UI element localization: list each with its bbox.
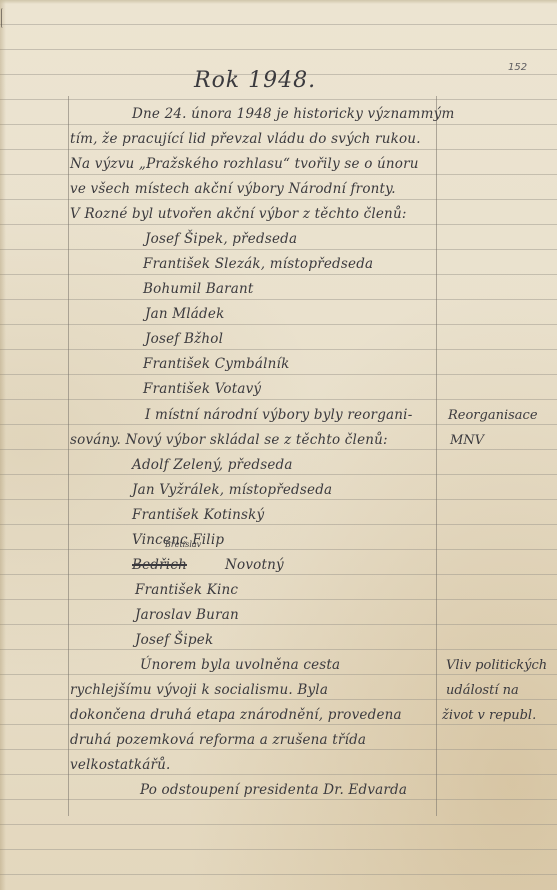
- margin-note-mnv: MNV: [450, 428, 484, 453]
- binding-edge: [0, 0, 6, 890]
- closing-line-4: druhá pozemková reforma a zrušena třída: [70, 728, 366, 753]
- action-committee-member: František Slezák, místopředseda: [143, 252, 373, 277]
- body-line-4: ve všech místech akční výbory Národní fr…: [70, 177, 396, 202]
- action-committee-member: František Cymbálník: [143, 352, 289, 377]
- page-title: Rok 1948.: [194, 68, 316, 93]
- reorganisation-line-1: I místní národní výbory byly reorgani-: [145, 403, 412, 428]
- closing-line-2: rychlejšímu vývoji k socialismu. Byla: [70, 678, 328, 703]
- left-margin-line: [68, 96, 69, 816]
- action-committee-member: Bohumil Barant: [143, 277, 254, 302]
- inserted-correction: Břetislav: [165, 540, 201, 549]
- closing-line-6: Po odstoupení presidenta Dr. Edvarda: [140, 778, 407, 803]
- national-committee-member-surname: Novotný: [225, 553, 284, 578]
- action-committee-member: František Votavý: [143, 377, 261, 402]
- action-committee-member: Jan Mládek: [145, 302, 224, 327]
- closing-line-3: dokončena druhá etapa znárodnění, proved…: [70, 703, 402, 728]
- margin-note-political-3: život v republ.: [442, 703, 536, 728]
- national-committee-member: František Kinc: [135, 578, 238, 603]
- struck-out-word: Bedřich: [132, 557, 187, 573]
- national-committee-member: Josef Šipek: [135, 628, 213, 653]
- margin-note-reorganisation: Reorganisace: [448, 403, 538, 428]
- page-number: 152: [508, 62, 527, 73]
- action-committee-member: Josef Bžhol: [145, 327, 223, 352]
- action-committee-member: Josef Šipek, předseda: [145, 227, 297, 252]
- top-edge-shading: [0, 0, 557, 4]
- body-line-1: Dne 24. února 1948 je historicky významm…: [132, 102, 454, 127]
- body-line-5: V Rozné byl utvořen akční výbor z těchto…: [70, 202, 407, 227]
- closing-line-5: velkostatkářů.: [70, 753, 171, 778]
- national-committee-member-corrected: Bedřich: [132, 553, 187, 578]
- body-line-2: tím, že pracující lid převzal vládu do s…: [70, 127, 421, 152]
- margin-note-political-1: Vliv politických: [446, 653, 547, 678]
- margin-note-political-2: událostí na: [446, 678, 519, 703]
- national-committee-member: Adolf Zelený, předseda: [132, 453, 293, 478]
- closing-line-1: Únorem byla uvolněna cesta: [140, 653, 340, 678]
- national-committee-member: František Kotinský: [132, 503, 264, 528]
- notebook-page: 152 Rok 1948. Dne 24. února 1948 je hist…: [0, 0, 557, 890]
- right-margin-line: [436, 96, 437, 816]
- body-line-3: Na výzvu „Pražského rozhlasu“ tvořily se…: [70, 152, 419, 177]
- national-committee-member: Jaroslav Buran: [135, 603, 239, 628]
- national-committee-member: Jan Vyžrálek, místopředseda: [132, 478, 332, 503]
- reorganisation-line-2: sovány. Nový výbor skládal se z těchto č…: [70, 428, 388, 453]
- corner-pencil-mark: [1, 8, 5, 28]
